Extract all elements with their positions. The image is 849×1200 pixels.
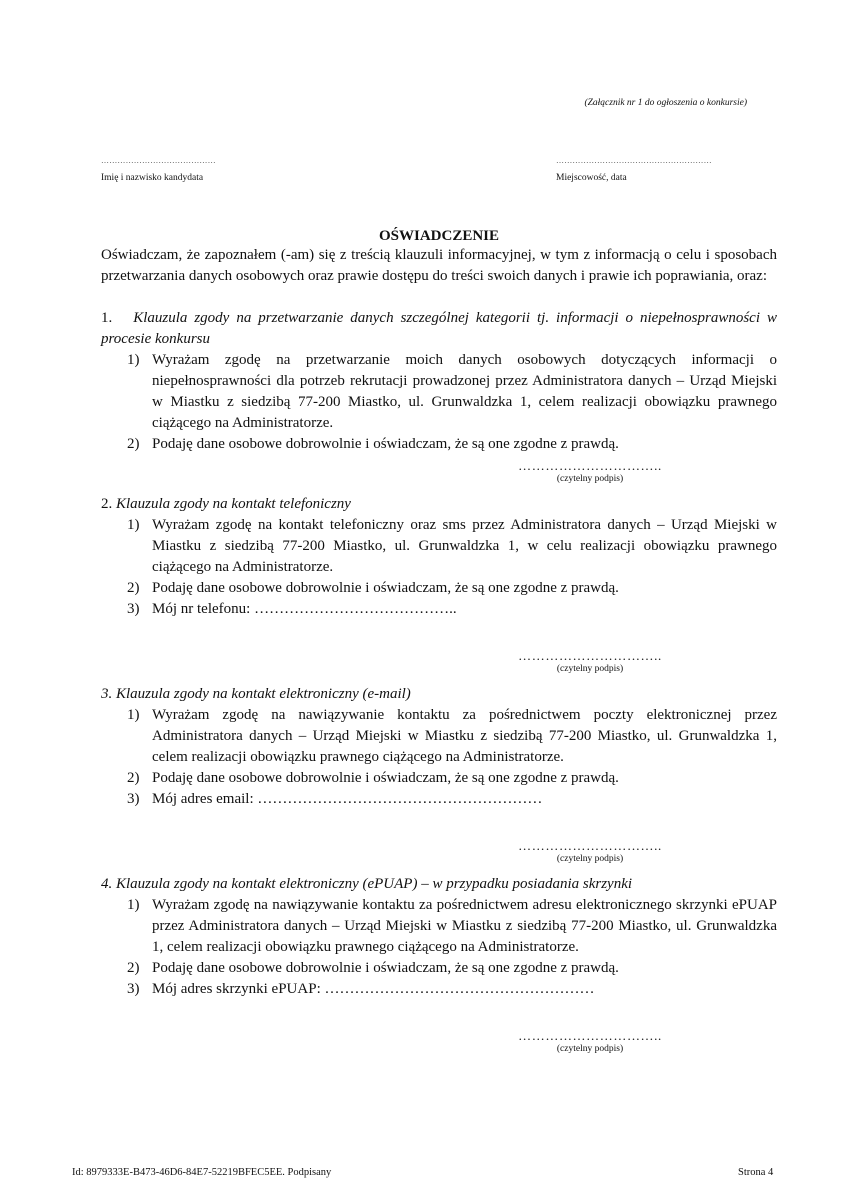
list-item: 3) Mój adres skrzynki ePUAP: ……………………………… <box>127 979 777 1000</box>
signature-field[interactable]: ………………………….. <box>500 649 680 663</box>
signature-field[interactable]: ………………………….. <box>500 839 680 853</box>
list-item: 2) Podaję dane osobowe dobrowolnie i ośw… <box>127 958 777 979</box>
list-item: 3) Mój nr telefonu: ………………………………….. <box>127 599 777 620</box>
signature-label: (czytelny podpis) <box>500 663 680 675</box>
section-3-list: 1) Wyrażam zgodę na nawiązywanie kontakt… <box>127 705 777 810</box>
place-date-field[interactable]: ………………………………………………… <box>556 156 712 165</box>
signature-label: (czytelny podpis) <box>500 1043 680 1055</box>
section-1-list: 1) Wyrażam zgodę na przetwarzanie moich … <box>127 350 777 455</box>
list-item: 2) Podaję dane osobowe dobrowolnie i ośw… <box>127 578 777 599</box>
email-field[interactable]: Mój adres email: ………………………………………………… <box>152 789 777 810</box>
section-2-number: 2. <box>101 496 112 512</box>
intro-paragraph: Oświadczam, że zapoznałem (-am) się z tr… <box>101 245 777 287</box>
item-number: 2) <box>127 578 140 599</box>
candidate-name-field[interactable]: …………………………………… <box>101 156 216 165</box>
list-item: 3) Mój adres email: ………………………………………………… <box>127 789 777 810</box>
section-4-list: 1) Wyrażam zgodę na nawiązywanie kontakt… <box>127 895 777 1000</box>
section-2-heading: 2. Klauzula zgody na kontakt telefoniczn… <box>101 494 777 515</box>
list-item: 1) Wyrażam zgodę na kontakt telefoniczny… <box>127 515 777 578</box>
item-number: 1) <box>127 705 140 726</box>
section-2-title: Klauzula zgody na kontakt telefoniczny <box>116 496 351 512</box>
item-text: Wyrażam zgodę na nawiązywanie kontaktu z… <box>152 895 777 958</box>
list-item: 2) Podaję dane osobowe dobrowolnie i ośw… <box>127 768 777 789</box>
item-text: Podaję dane osobowe dobrowolnie i oświad… <box>152 768 777 789</box>
section-4-number: 4. <box>101 876 112 892</box>
item-text: Wyrażam zgodę na nawiązywanie kontaktu z… <box>152 705 777 768</box>
item-text: Podaję dane osobowe dobrowolnie i oświad… <box>152 958 777 979</box>
list-item: 1) Wyrażam zgodę na przetwarzanie moich … <box>127 350 777 434</box>
document-id: Id: 8979333E-B473-46D6-84E7-52219BFEC5EE… <box>72 1167 331 1178</box>
item-number: 2) <box>127 958 140 979</box>
section-1-number: 1. <box>101 310 112 326</box>
signature-block-3: ………………………….. (czytelny podpis) <box>500 839 680 865</box>
signature-block-2: ………………………….. (czytelny podpis) <box>500 649 680 675</box>
item-number: 3) <box>127 789 140 810</box>
list-item: 1) Wyrażam zgodę na nawiązywanie kontakt… <box>127 705 777 768</box>
item-text: Podaję dane osobowe dobrowolnie i oświad… <box>152 578 777 599</box>
document-title: OŚWIADCZENIE <box>101 228 777 245</box>
item-text: Podaję dane osobowe dobrowolnie i oświad… <box>152 434 777 455</box>
item-text: Wyrażam zgodę na kontakt telefoniczny or… <box>152 515 777 578</box>
page-number: Strona 4 <box>738 1167 773 1178</box>
item-number: 3) <box>127 599 140 620</box>
list-item: 2) Podaję dane osobowe dobrowolnie i ośw… <box>127 434 777 455</box>
section-1-heading: 1. Klauzula zgody na przetwarzanie danyc… <box>101 308 777 350</box>
section-4-title: Klauzula zgody na kontakt elektroniczny … <box>116 876 632 892</box>
section-1-title: Klauzula zgody na przetwarzanie danych s… <box>101 310 777 347</box>
epuap-field[interactable]: Mój adres skrzynki ePUAP: ……………………………………… <box>152 979 777 1000</box>
section-3-number: 3. <box>101 686 112 702</box>
signature-field[interactable]: ………………………….. <box>500 459 680 473</box>
item-number: 2) <box>127 768 140 789</box>
signature-label: (czytelny podpis) <box>500 473 680 485</box>
signature-block-4: ………………………….. (czytelny podpis) <box>500 1029 680 1055</box>
place-date-label: Miejscowość, data <box>556 173 627 183</box>
item-number: 1) <box>127 515 140 536</box>
signature-block-1: ………………………….. (czytelny podpis) <box>500 459 680 485</box>
signature-field[interactable]: ………………………….. <box>500 1029 680 1043</box>
section-3-title: Klauzula zgody na kontakt elektroniczny … <box>116 686 411 702</box>
section-4-heading: 4. Klauzula zgody na kontakt elektronicz… <box>101 874 777 895</box>
item-number: 2) <box>127 434 140 455</box>
signature-label: (czytelny podpis) <box>500 853 680 865</box>
item-text: Wyrażam zgodę na przetwarzanie moich dan… <box>152 350 777 434</box>
phone-field[interactable]: Mój nr telefonu: ………………………………….. <box>152 599 777 620</box>
annex-note: (Załącznik nr 1 do ogłoszenia o konkursi… <box>0 98 747 108</box>
item-number: 3) <box>127 979 140 1000</box>
item-number: 1) <box>127 895 140 916</box>
candidate-name-label: Imię i nazwisko kandydata <box>101 173 203 183</box>
item-number: 1) <box>127 350 140 371</box>
section-2-list: 1) Wyrażam zgodę na kontakt telefoniczny… <box>127 515 777 620</box>
section-3-heading: 3. Klauzula zgody na kontakt elektronicz… <box>101 684 777 705</box>
list-item: 1) Wyrażam zgodę na nawiązywanie kontakt… <box>127 895 777 958</box>
